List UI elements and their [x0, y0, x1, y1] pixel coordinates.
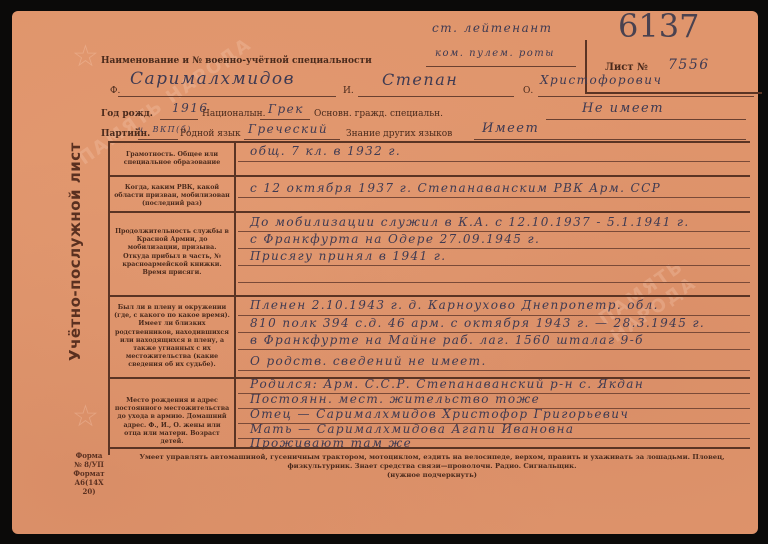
party-underline [138, 139, 178, 140]
skills-note: Умеет управлять автомашиной, гусеничным … [122, 453, 742, 480]
writing-rule [238, 161, 750, 162]
row-value-service-line: с Франкфурта на Одере 27.09.1945 г. [250, 232, 540, 246]
row-value-mobilization: с 12 октября 1937 г. Степанаванским РВК … [250, 181, 661, 195]
skills-text: Умеет управлять автомашиной, гусеничным … [122, 453, 742, 471]
patronymic-label: О. [523, 86, 533, 96]
birth-year-underline [160, 119, 198, 120]
underline-instruction: (нужное подчеркнуть) [122, 471, 742, 480]
form-side-title: Учётно-послужной лист [66, 142, 84, 361]
form-code-line: № 8/УП [70, 460, 108, 469]
rank-value: ст. лейтенант [432, 21, 553, 35]
row-value-captivity-line: О родств. сведений не имеет. [250, 354, 487, 368]
row-value-birthplace-line: Родился: Арм. С.С.Р. Степанаванский р-н … [250, 377, 644, 391]
native-language-label: Родной язык [180, 129, 241, 139]
specialty-label: Наименование и № военно-учётной специаль… [101, 56, 372, 66]
table-column-separator [234, 141, 236, 447]
sheet-number: 7556 [668, 57, 710, 73]
row-value-birthplace-line: Постоянн. мест. жительство тоже [250, 392, 540, 406]
row-divider [110, 295, 750, 297]
surname-label: Ф. [110, 86, 120, 96]
patronymic-underline [538, 96, 754, 97]
row-divider [110, 211, 750, 213]
writing-rule [238, 282, 750, 283]
civil-specialty-underline [546, 119, 746, 120]
row-label-captivity: Был ли в плену и окружении (где, с каког… [114, 304, 230, 370]
writing-rule [238, 197, 750, 198]
nationality-value: Грек [268, 102, 304, 116]
service-record-card: ☆ ☆ ПАМЯТЬ НАРОДА ПАМЯТЬ НАРОДА Учётно-п… [12, 11, 758, 534]
row-label-service-duration: Продолжительность службы в Красной Армии… [114, 228, 230, 277]
birth-year-label: Год рожд. [101, 109, 153, 119]
form-code-line: 20) [70, 487, 108, 496]
form-code-line: А6(14Х [70, 478, 108, 487]
name-underline [358, 96, 514, 97]
row-value-education: общ. 7 кл. в 1932 г. [250, 144, 401, 158]
table-border-top [110, 141, 750, 143]
sheet-label: Лист № [605, 62, 648, 73]
watermark-star-icon: ☆ [72, 39, 99, 74]
other-languages-label: Знание других языков [346, 129, 452, 139]
specialty-value: ком. пулем. роты [435, 48, 555, 59]
native-language-value: Греческий [248, 122, 328, 136]
form-code-line: Форма [70, 451, 108, 460]
name-label: И. [343, 86, 354, 96]
writing-rule [238, 349, 750, 350]
writing-rule [238, 370, 750, 371]
service-details-table: Грамотность. Общее или специальное образ… [108, 141, 750, 455]
row-label-mobilization: Когда, каким РВК, какой области призван,… [114, 184, 230, 209]
surname-underline [118, 96, 336, 97]
row-divider [110, 175, 750, 177]
table-border-bottom [110, 447, 750, 449]
name-value: Степан [382, 70, 458, 89]
row-value-captivity-line: в Франкфурте на Майне раб. лаг. 1560 шта… [250, 333, 644, 347]
native-language-underline [244, 139, 340, 140]
row-label-education: Грамотность. Общее или специальное образ… [114, 151, 230, 167]
other-languages-value: Имеет [482, 121, 539, 136]
nationality-label: Националын. [202, 109, 266, 119]
civil-specialty-label: Основн. гражд. специальн. [314, 109, 443, 119]
watermark-star-icon: ☆ [72, 399, 99, 434]
civil-specialty-value: Не имеет [582, 101, 664, 116]
row-value-captivity-line: Пленен 2.10.1943 г. д. Карноухово Днепро… [250, 298, 659, 312]
other-languages-underline [474, 139, 746, 140]
row-value-birthplace-line: Мать — Сарималхмидова Агапи Ивановна [250, 422, 574, 436]
row-value-birthplace-line: Отец — Сарималхмидов Христофор Григорьев… [250, 407, 629, 421]
patronymic-value: Христофорович [540, 73, 662, 87]
writing-rule [238, 265, 750, 266]
nationality-underline [260, 119, 310, 120]
row-value-captivity-line: 810 полк 394 с.д. 46 арм. с октября 1943… [250, 316, 705, 330]
specialty-underline [426, 66, 576, 67]
form-code-line: Формат [70, 469, 108, 478]
row-value-service-line: Присягу принял в 1941 г. [250, 249, 446, 263]
surname-value: Сарималхмидов [130, 69, 295, 89]
row-label-birthplace: Место рождения и адрес постоянного место… [114, 397, 230, 446]
row-value-service-line: До мобилизации служил в К.А. с 12.10.193… [250, 215, 690, 229]
form-code: Форма № 8/УП Формат А6(14Х 20) [70, 451, 108, 496]
